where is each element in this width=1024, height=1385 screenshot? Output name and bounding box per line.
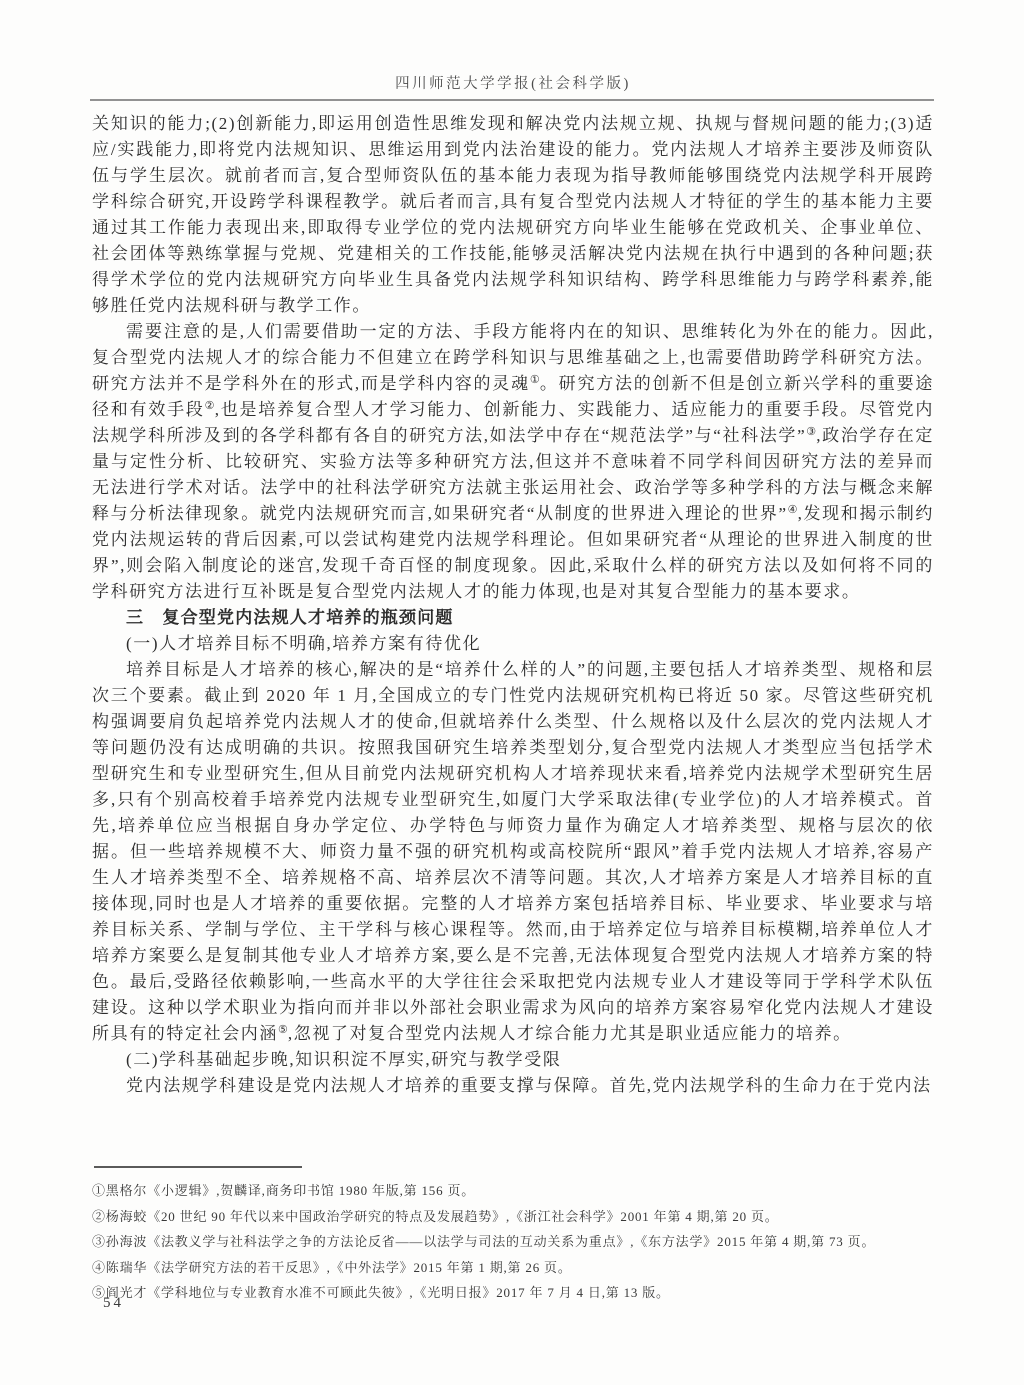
journal-title: 四川师范大学学报(社会科学版) xyxy=(395,76,631,92)
article-body: 关知识的能力;(2)创新能力,即运用创造性思维发现和解决党内法规立规、执规与督规… xyxy=(92,111,934,1099)
footnote-3: ③孙海波《法教义学与社科法学之争的方法论反省——以法学与司法的互动关系为重点》,… xyxy=(92,1229,934,1255)
paragraph: 培养目标是人才培养的核心,解决的是“培养什么样的人”的问题,主要包括人才培养类型… xyxy=(92,657,934,1047)
journal-page: 四川师范大学学报(社会科学版) 关知识的能力;(2)创新能力,即运用创造性思维发… xyxy=(0,0,1024,1385)
footnote-ref: ② xyxy=(205,400,215,412)
paragraph-cutoff: 党内法规学科建设是党内法规人才培养的重要支撑与保障。首先,党内法规学科的生命力在… xyxy=(92,1073,934,1099)
footnote-divider xyxy=(94,1166,302,1168)
footnote-4: ④陈瑞华《法学研究方法的若干反思》,《中外法学》2015 年第 1 期,第 26… xyxy=(92,1255,934,1281)
subsection-heading-1: (一)人才培养目标不明确,培养方案有待优化 xyxy=(92,631,934,657)
footnote-ref: ③ xyxy=(806,426,816,438)
paragraph: 需要注意的是,人们需要借助一定的方法、手段方能将内在的知识、思维转化为外在的能力… xyxy=(92,319,934,605)
running-head: 四川师范大学学报(社会科学版) xyxy=(92,72,934,93)
footnote-ref: ④ xyxy=(788,504,798,516)
footnote-ref: ① xyxy=(530,374,540,386)
section-heading: 三 复合型党内法规人才培养的瓶颈问题 xyxy=(92,605,934,631)
header-divider xyxy=(90,99,934,101)
footnote-5: ⑤阎光才《学科地位与专业教育水准不可顾此失彼》,《光明日报》2017 年 7 月… xyxy=(92,1280,934,1306)
footnote-2: ②杨海蛟《20 世纪 90 年代以来中国政治学研究的特点及发展趋势》,《浙江社会… xyxy=(92,1204,934,1230)
paragraph-continuation: 关知识的能力;(2)创新能力,即运用创造性思维发现和解决党内法规立规、执规与督规… xyxy=(92,111,934,319)
subsection-heading-2: (二)学科基础起步晚,知识积淀不厚实,研究与教学受限 xyxy=(92,1047,934,1073)
footnote-1: ①黑格尔《小逻辑》,贺麟译,商务印书馆 1980 年版,第 156 页。 xyxy=(92,1178,934,1204)
footnotes-block: ①黑格尔《小逻辑》,贺麟译,商务印书馆 1980 年版,第 156 页。 ②杨海… xyxy=(92,1160,934,1306)
footnote-ref: ⑤ xyxy=(278,1024,288,1036)
page-number: 54 xyxy=(103,1295,124,1312)
